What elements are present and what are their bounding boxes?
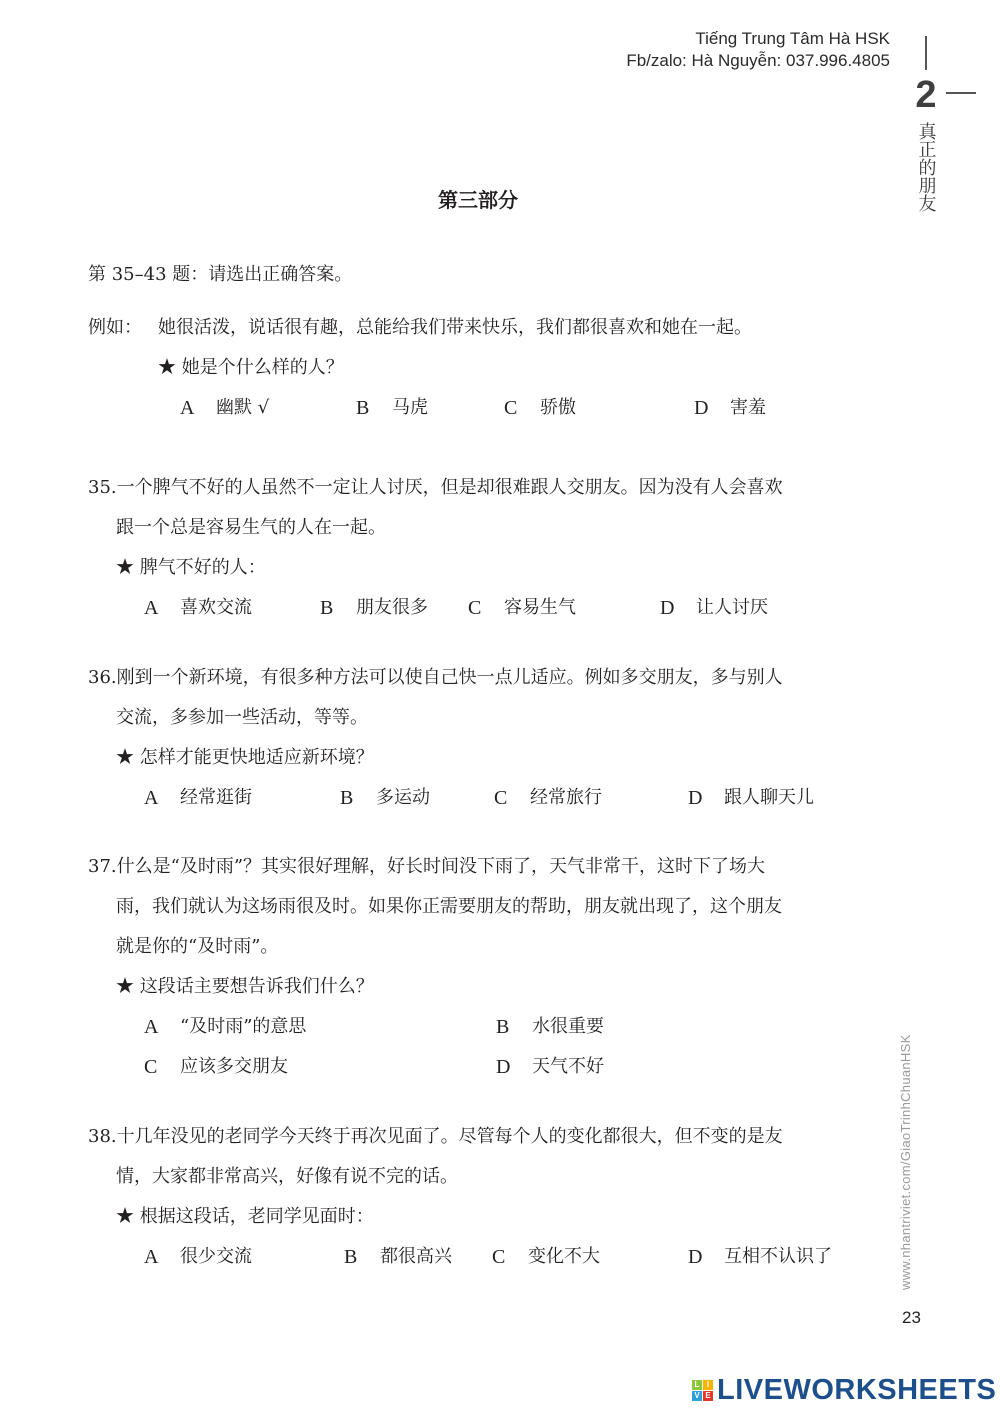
- option-a[interactable]: A“及时雨”的意思: [144, 1007, 496, 1047]
- header-line-2: Fb/zalo: Hà Nguyễn: 037.996.4805: [626, 50, 890, 72]
- question-number: 36.: [88, 667, 117, 688]
- option-d[interactable]: D天气不好: [496, 1047, 848, 1087]
- header-line-1: Tiếng Trung Tâm Hà HSK: [626, 28, 890, 50]
- option-b[interactable]: B朋友很多: [320, 588, 468, 628]
- instruction: 第 35–43 题：请选出正确答案。: [88, 260, 352, 286]
- option-a[interactable]: A很少交流: [144, 1237, 344, 1277]
- option-b[interactable]: B多运动: [340, 778, 494, 818]
- chapter-divider: [925, 36, 927, 70]
- option-c[interactable]: C应该多交朋友: [144, 1047, 496, 1087]
- chapter-dash: [946, 92, 976, 94]
- question-prompt: ★ 脾气不好的人：: [88, 548, 878, 588]
- options-row-2: C应该多交朋友 D天气不好: [88, 1047, 878, 1087]
- option-b[interactable]: B都很高兴: [344, 1237, 492, 1277]
- example-question: ★ 她是个什么样的人？: [88, 348, 878, 388]
- option-c[interactable]: C变化不大: [492, 1237, 688, 1277]
- header-credit: Tiếng Trung Tâm Hà HSK Fb/zalo: Hà Nguyễ…: [626, 28, 890, 72]
- example-options: A幽默 √ B马虎 C骄傲 D害羞: [88, 388, 878, 428]
- option-d[interactable]: D跟人聊天儿: [688, 778, 864, 818]
- question-36: 36.刚到一个新环境，有很多种方法可以使自己快一点儿适应。例如多交朋友，多与别人…: [88, 658, 878, 818]
- liveworksheets-text: LIVEWORKSHEETS: [717, 1374, 996, 1407]
- options: A经常逛街 B多运动 C经常旅行 D跟人聊天儿: [88, 778, 878, 818]
- option-a[interactable]: A经常逛街: [144, 778, 340, 818]
- section-title: 第三部分: [0, 184, 956, 213]
- question-number: 35.: [88, 477, 117, 498]
- question-prompt: ★ 怎样才能更快地适应新环境？: [88, 738, 878, 778]
- example-label: 例如：: [88, 308, 158, 348]
- question-prompt: ★ 这段话主要想告诉我们什么？: [88, 967, 878, 1007]
- chapter-number: 2: [906, 74, 946, 116]
- options: A喜欢交流 B朋友很多 C容易生气 D让人讨厌: [88, 588, 878, 628]
- option-d[interactable]: D互相不认识了: [688, 1237, 864, 1277]
- option-d[interactable]: D让人讨厌: [660, 588, 836, 628]
- example-block: 例如：她很活泼，说话很有趣，总能给我们带来快乐，我们都很喜欢和她在一起。 ★ 她…: [88, 308, 878, 428]
- options-row-1: A“及时雨”的意思 B水很重要: [88, 1007, 878, 1047]
- question-number: 37.: [88, 856, 117, 877]
- example-option-a[interactable]: A幽默 √: [180, 388, 356, 428]
- option-c[interactable]: C经常旅行: [494, 778, 688, 818]
- side-url: www.nhantriviet.com/GiaoTrinhChuanHSK: [898, 1034, 913, 1290]
- question-37: 37.什么是“及时雨”？其实很好理解，好长时间没下雨了，天气非常干，这时下了场大…: [88, 847, 878, 1087]
- option-a[interactable]: A喜欢交流: [144, 588, 320, 628]
- page-number: 23: [902, 1308, 921, 1328]
- example-option-c[interactable]: C骄傲: [504, 388, 694, 428]
- question-38: 38.十几年没见的老同学今天终于再次见面了。尽管每个人的变化都很大，但不变的是友…: [88, 1117, 878, 1277]
- example-passage: 她很活泼，说话很有趣，总能给我们带来快乐，我们都很喜欢和她在一起。: [158, 317, 752, 338]
- question-35: 35.一个脾气不好的人虽然不一定让人讨厌，但是却很难跟人交朋友。因为没有人会喜欢…: [88, 468, 878, 628]
- example-option-b[interactable]: B马虎: [356, 388, 504, 428]
- question-prompt: ★ 根据这段话，老同学见面时：: [88, 1197, 878, 1237]
- option-b[interactable]: B水很重要: [496, 1007, 848, 1047]
- liveworksheets-brand[interactable]: L I V E LIVEWORKSHEETS: [692, 1374, 996, 1407]
- liveworksheets-logo-icon: L I V E: [692, 1380, 713, 1401]
- option-c[interactable]: C容易生气: [468, 588, 660, 628]
- example-option-d[interactable]: D害羞: [694, 388, 870, 428]
- question-number: 38.: [88, 1126, 117, 1147]
- options: A很少交流 B都很高兴 C变化不大 D互相不认识了: [88, 1237, 878, 1277]
